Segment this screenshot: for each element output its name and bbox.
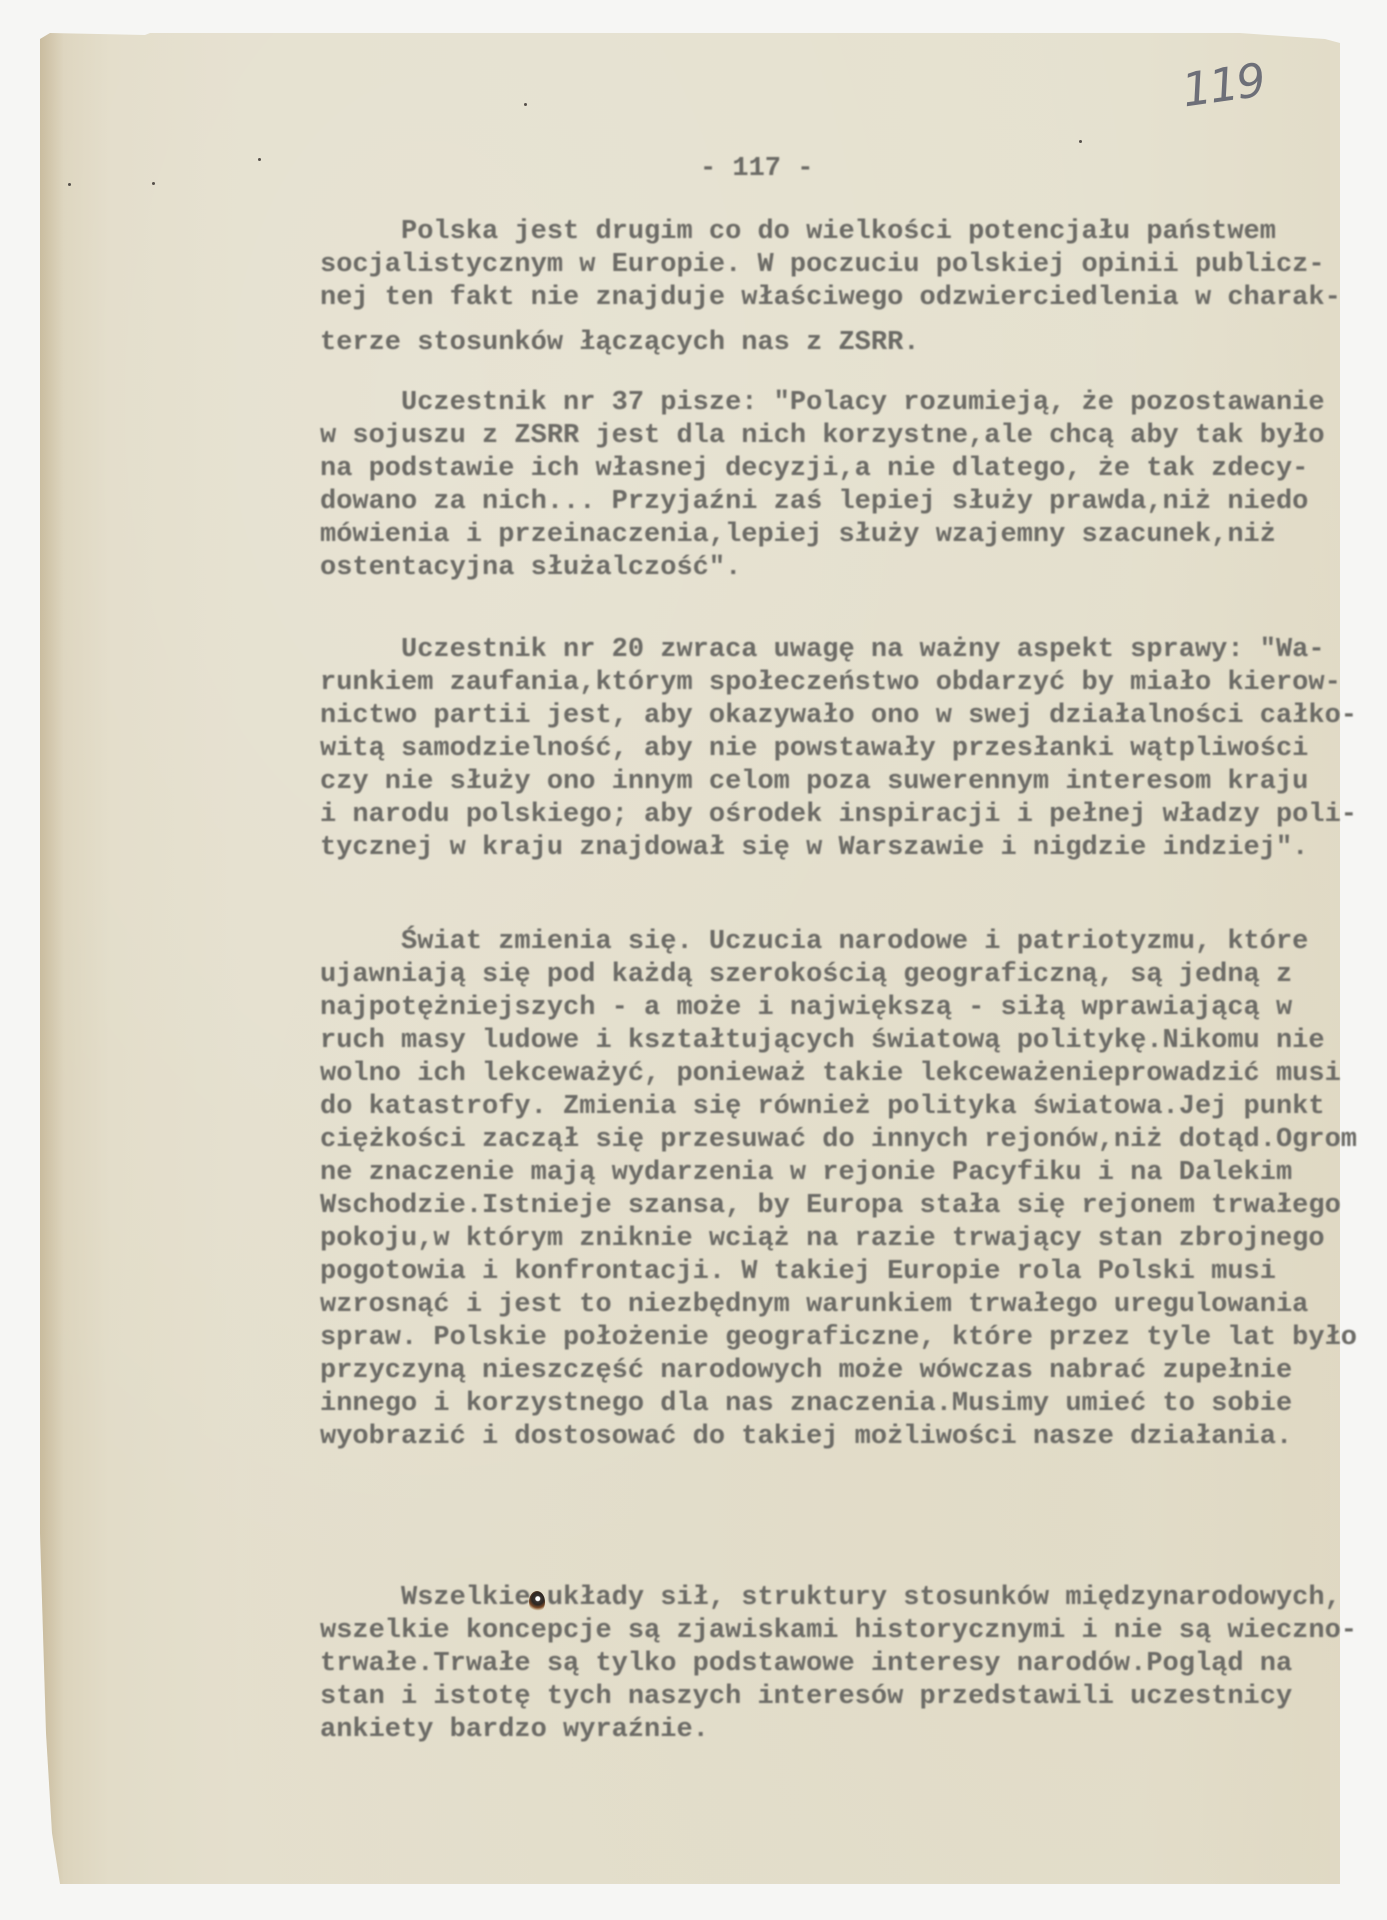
text-line: pokoju,w którym zniknie wciąż na razie t… [320, 1223, 1325, 1256]
paper-speck [524, 103, 527, 106]
text-line: przyczyną nieszczęść narodowych może wów… [320, 1355, 1292, 1388]
text-line: Uczestnik nr 20 zwraca uwagę na ważny as… [320, 634, 1325, 667]
text-line: witą samodzielność, aby nie powstawały p… [320, 733, 1308, 766]
text-line: stan i istotę tych naszych interesów prz… [320, 1681, 1292, 1714]
paper-speck [68, 183, 71, 186]
paper-speck [1079, 140, 1082, 143]
text-line: ostentacyjna służalczość". [320, 552, 741, 585]
text-line: nej ten fakt nie znajduje właściwego odz… [320, 282, 1341, 315]
text-line: runkiem zaufania,którym społeczeństwo ob… [320, 667, 1341, 700]
text-line: Uczestnik nr 37 pisze: "Polacy rozumieją… [320, 387, 1325, 420]
text-line: ujawniają się pod każdą szerokością geog… [320, 959, 1292, 992]
text-line: w sojuszu z ZSRR jest dla nich korzystne… [320, 420, 1325, 453]
text-line: wyobrazić i dostosować do takiej możliwo… [320, 1421, 1292, 1454]
text-line: Wschodzie.Istnieje szansa, by Europa sta… [320, 1190, 1341, 1223]
text-line: do katastrofy. Zmienia się również polit… [320, 1091, 1325, 1124]
text-line: ankiety bardzo wyraźnie. [320, 1714, 709, 1747]
text-line: terze stosunków łączących nas z ZSRR. [320, 327, 920, 360]
text-line: trwałe.Trwałe są tylko podstawowe intere… [320, 1648, 1292, 1681]
text-line: mówienia i przeinaczenia,lepiej służy wz… [320, 519, 1276, 552]
text-line: pogotowia i konfrontacji. W takiej Europ… [320, 1256, 1276, 1289]
text-line: tycznej w kraju znajdował się w Warszawi… [320, 832, 1308, 865]
text-line: innego i korzystnego dla nas znaczenia.M… [320, 1388, 1292, 1421]
burn-spot-icon [529, 1591, 545, 1613]
paper-speck [152, 182, 155, 185]
worn-edge [40, 33, 64, 1884]
text-line: Świat zmienia się. Uczucia narodowe i pa… [320, 926, 1308, 959]
page-number: - 117 - [700, 153, 813, 186]
text-line: ruch masy ludowe i kształtujących świato… [320, 1025, 1325, 1058]
text-line: czy nie służy ono innym celom poza suwer… [320, 766, 1308, 799]
text-line: Polska jest drugim co do wielkości poten… [320, 216, 1276, 249]
text-line: dowano za nich... Przyjaźni zaś lepiej s… [320, 486, 1308, 519]
text-line: najpotężniejszych - a może i największą … [320, 992, 1292, 1025]
text-line: wzrosnąć i jest to niezbędnym warunkiem … [320, 1289, 1308, 1322]
handwritten-folio-number: 119 [1179, 53, 1268, 118]
text-line: ciężkości zaczął się przesuwać do innych… [320, 1124, 1357, 1157]
text-line: na podstawie ich własnej decyzji,a nie d… [320, 453, 1308, 486]
text-line: ne znaczenie mają wydarzenia w rejonie P… [320, 1157, 1292, 1190]
text-line: i narodu polskiego; aby ośrodek inspirac… [320, 799, 1357, 832]
text-line: wszelkie koncepcje są zjawiskami history… [320, 1615, 1357, 1648]
text-line: Wszelkie układy sił, struktury stosunków… [320, 1582, 1341, 1615]
text-line: nictwo partii jest, aby okazywało ono w … [320, 700, 1357, 733]
paper-speck [258, 158, 261, 161]
text-line: socjalistycznym w Europie. W poczuciu po… [320, 249, 1325, 282]
text-line: spraw. Polskie położenie geograficzne, k… [320, 1322, 1357, 1355]
text-line: wolno ich lekceważyć, ponieważ takie lek… [320, 1058, 1341, 1091]
